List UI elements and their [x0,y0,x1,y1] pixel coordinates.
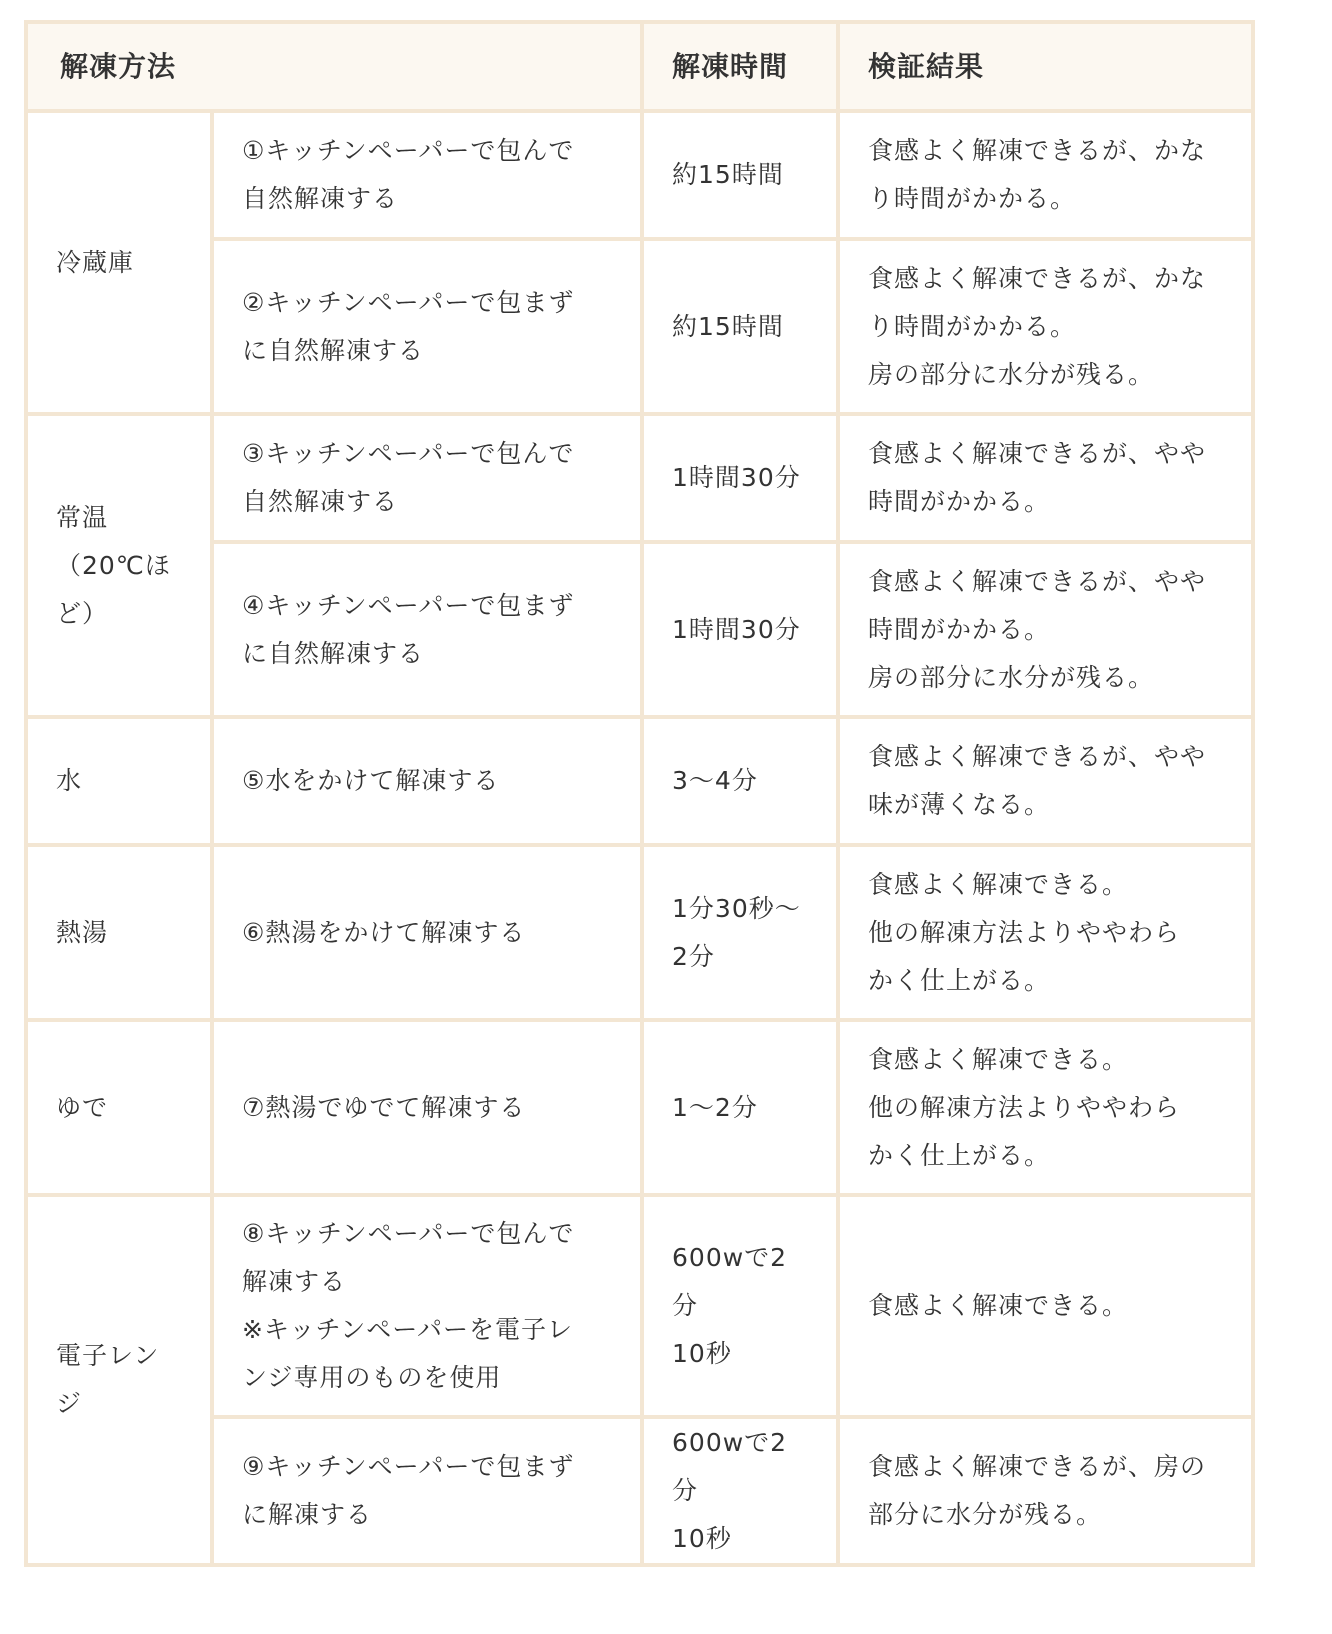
time-cell: 1分30秒〜2分 [642,845,838,1020]
result-cell: 食感よく解凍できる。他の解凍方法よりややわらかく仕上がる。 [838,845,1253,1020]
cell-line: 3〜4分 [672,757,808,805]
cell-line: に自然解凍する [242,327,612,375]
time-cell: 600wで2分10秒 [642,1195,838,1417]
cell-line: り時間がかかる。 [868,303,1223,351]
cell-line: 常温 [56,494,182,542]
cell-line: 約15時間 [672,151,808,199]
result-cell: 食感よく解凍できるが、房の部分に水分が残る。 [838,1417,1253,1565]
cell-line: ③キッチンペーパーで包んで [242,430,612,478]
method-cell: ⑨キッチンペーパーで包まずに解凍する [212,1417,642,1565]
result-cell: 食感よく解凍できる。他の解凍方法よりややわらかく仕上がる。 [838,1020,1253,1195]
cell-line: 熱湯 [56,909,182,957]
cell-line: 食感よく解凍できる。 [868,1036,1223,1084]
cell-line: 冷蔵庫 [56,239,182,287]
cell-line: ⑤水をかけて解凍する [242,757,612,805]
cell-line: ど） [56,590,182,638]
cell-line: 10秒 [672,1515,808,1563]
cell-line: 電子レン [56,1332,182,1380]
cell-line: に解凍する [242,1491,612,1539]
cell-line: 1時間30分 [672,454,808,502]
method-cell: ②キッチンペーパーで包まずに自然解凍する [212,239,642,414]
method-cell: ⑥熱湯をかけて解凍する [212,845,642,1020]
cell-line: ゆで [56,1084,182,1132]
cell-line: かく仕上がる。 [868,1132,1223,1180]
cell-line: 食感よく解凍できるが、かな [868,255,1223,303]
header-result: 検証結果 [838,22,1253,111]
cell-line: 部分に水分が残る。 [868,1491,1223,1539]
method-cell: ①キッチンペーパーで包んで自然解凍する [212,111,642,239]
cell-line: に自然解凍する [242,630,612,678]
table-row: 冷蔵庫①キッチンペーパーで包んで自然解凍する約15時間食感よく解凍できるが、かな… [26,111,1253,239]
cell-line: 食感よく解凍できるが、やや [868,558,1223,606]
cell-line: ②キッチンペーパーで包まず [242,279,612,327]
method-cell: ③キッチンペーパーで包んで自然解凍する [212,414,642,542]
table-body: 冷蔵庫①キッチンペーパーで包んで自然解凍する約15時間食感よく解凍できるが、かな… [26,111,1253,1565]
result-cell: 食感よく解凍できるが、かなり時間がかかる。房の部分に水分が残る。 [838,239,1253,414]
cell-line: ④キッチンペーパーで包まず [242,582,612,630]
header-row: 解凍方法 解凍時間 検証結果 [26,22,1253,111]
header-method: 解凍方法 [26,22,642,111]
table-row: 常温（20℃ほど）③キッチンペーパーで包んで自然解凍する1時間30分食感よく解凍… [26,414,1253,542]
result-cell: 食感よく解凍できるが、やや味が薄くなる。 [838,717,1253,845]
cell-line: 1〜2分 [672,1084,808,1132]
cell-line: ジ [56,1380,182,1428]
cell-line: 自然解凍する [242,478,612,526]
cell-line: 約15時間 [672,303,808,351]
method-cell: ⑤水をかけて解凍する [212,717,642,845]
cell-line: ⑨キッチンペーパーで包まず [242,1443,612,1491]
cell-line: 房の部分に水分が残る。 [868,654,1223,702]
cell-line: 1時間30分 [672,606,808,654]
cell-line: 2分 [672,933,808,981]
table-row: 電子レンジ⑧キッチンペーパーで包んで解凍する※キッチンペーパーを電子レンジ専用の… [26,1195,1253,1417]
cell-line: 他の解凍方法よりややわら [868,909,1223,957]
cell-line: 10秒 [672,1330,808,1378]
method-cell: ⑦熱湯でゆでて解凍する [212,1020,642,1195]
time-cell: 約15時間 [642,239,838,414]
thawing-methods-table: 解凍方法 解凍時間 検証結果 冷蔵庫①キッチンペーパーで包んで自然解凍する約15… [24,20,1255,1567]
cell-line: 他の解凍方法よりややわら [868,1084,1223,1132]
cell-line: （20℃ほ [56,542,182,590]
time-cell: 1時間30分 [642,542,838,717]
category-cell: 常温（20℃ほど） [26,414,212,717]
time-cell: 600wで2分10秒 [642,1417,838,1565]
cell-line: 水 [56,757,182,805]
cell-line: ⑥熱湯をかけて解凍する [242,909,612,957]
cell-line: 食感よく解凍できるが、かな [868,127,1223,175]
cell-line: かく仕上がる。 [868,957,1223,1005]
time-cell: 3〜4分 [642,717,838,845]
table-row: 水⑤水をかけて解凍する3〜4分食感よく解凍できるが、やや味が薄くなる。 [26,717,1253,845]
header-time: 解凍時間 [642,22,838,111]
cell-line: 食感よく解凍できる。 [868,861,1223,909]
result-cell: 食感よく解凍できるが、やや時間がかかる。房の部分に水分が残る。 [838,542,1253,717]
category-cell: ゆで [26,1020,212,1195]
category-cell: 電子レンジ [26,1195,212,1565]
cell-line: 自然解凍する [242,175,612,223]
cell-line: 1分30秒〜 [672,885,808,933]
category-cell: 冷蔵庫 [26,111,212,414]
method-cell: ⑧キッチンペーパーで包んで解凍する※キッチンペーパーを電子レンジ専用のものを使用 [212,1195,642,1417]
time-cell: 1〜2分 [642,1020,838,1195]
cell-line: 味が薄くなる。 [868,781,1223,829]
time-cell: 約15時間 [642,111,838,239]
table-row: 熱湯⑥熱湯をかけて解凍する1分30秒〜2分食感よく解凍できる。他の解凍方法よりや… [26,845,1253,1020]
cell-line: 房の部分に水分が残る。 [868,351,1223,399]
cell-line: 食感よく解凍できるが、房の [868,1443,1223,1491]
cell-line: 時間がかかる。 [868,606,1223,654]
result-cell: 食感よく解凍できる。 [838,1195,1253,1417]
cell-line: ⑧キッチンペーパーで包んで [242,1210,612,1258]
category-cell: 熱湯 [26,845,212,1020]
method-cell: ④キッチンペーパーで包まずに自然解凍する [212,542,642,717]
cell-line: ※キッチンペーパーを電子レ [242,1306,612,1354]
cell-line: 600wで2分 [672,1419,808,1515]
cell-line: 600wで2分 [672,1234,808,1330]
table-row: ゆで⑦熱湯でゆでて解凍する1〜2分食感よく解凍できる。他の解凍方法よりややわらか… [26,1020,1253,1195]
cell-line: 食感よく解凍できるが、やや [868,430,1223,478]
category-cell: 水 [26,717,212,845]
cell-line: ンジ専用のものを使用 [242,1354,612,1402]
cell-line: ①キッチンペーパーで包んで [242,127,612,175]
cell-line: 解凍する [242,1258,612,1306]
result-cell: 食感よく解凍できるが、やや時間がかかる。 [838,414,1253,542]
time-cell: 1時間30分 [642,414,838,542]
result-cell: 食感よく解凍できるが、かなり時間がかかる。 [838,111,1253,239]
cell-line: り時間がかかる。 [868,175,1223,223]
cell-line: ⑦熱湯でゆでて解凍する [242,1084,612,1132]
cell-line: 食感よく解凍できるが、やや [868,733,1223,781]
cell-line: 時間がかかる。 [868,478,1223,526]
cell-line: 食感よく解凍できる。 [868,1282,1223,1330]
